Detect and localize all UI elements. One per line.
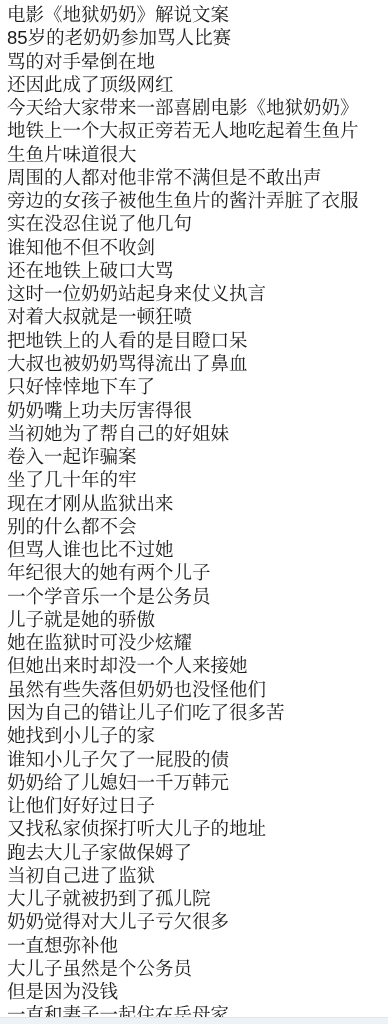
text-line: 但骂人谁也比不过她 (7, 538, 388, 561)
text-line: 谁知小儿子欠了一屁股的债 (7, 748, 388, 771)
text-line: 电影《地狱奶奶》解说文案 (7, 3, 388, 26)
text-line: 把地铁上的人看的是目瞪口呆 (7, 329, 388, 352)
text-line: 坐了几十年的牢 (7, 468, 388, 491)
text-line: 骂的对手晕倒在地 (7, 50, 388, 73)
text-line: 别的什么都不会 (7, 515, 388, 538)
text-line: 地铁上一个大叔正旁若无人地吃起着生鱼片 (7, 119, 388, 142)
text-line: 让他们好好过日子 (7, 794, 388, 817)
text-line: 年纪很大的她有两个儿子 (7, 561, 388, 584)
text-line: 奶奶觉得对大儿子亏欠很多 (7, 910, 388, 933)
text-line: 今天给大家带来一部喜剧电影《地狱奶奶》 (7, 96, 388, 119)
text-line: 实在没忍住说了他几句 (7, 212, 388, 235)
text-line: 奶奶嘴上功夫厉害得很 (7, 399, 388, 422)
text-line: 大儿子虽然是个公务员 (7, 957, 388, 980)
text-line: 还因此成了顶级网红 (7, 73, 388, 96)
text-line: 她在监狱时可没少炫耀 (7, 631, 388, 654)
text-line: 生鱼片味道很大 (7, 143, 388, 166)
text-line: 这时一位奶奶站起身来仗义执言 (7, 282, 388, 305)
text-line: 还在地铁上破口大骂 (7, 259, 388, 282)
text-line: 大儿子就被扔到了孤儿院 (7, 887, 388, 910)
text-line: 一个学音乐一个是公务员 (7, 585, 388, 608)
text-line: 周围的人都对他非常不满但是不敢出声 (7, 166, 388, 189)
bottom-window-edge-bar (0, 1017, 388, 1024)
text-line: 当初她为了帮自己的好姐妹 (7, 422, 388, 445)
text-line: 对着大叔就是一顿狂喷 (7, 305, 388, 328)
text-line: 她找到小儿子的家 (7, 724, 388, 747)
text-line: 虽然有些失落但奶奶也没怪他们 (7, 678, 388, 701)
text-line: 但是因为没钱 (7, 980, 388, 1003)
text-line: 大叔也被奶奶骂得流出了鼻血 (7, 352, 388, 375)
text-line: 85岁的老奶奶参加骂人比赛 (7, 26, 388, 49)
text-line: 但她出来时却没一个人来接她 (7, 654, 388, 677)
text-line: 一直想弥补他 (7, 934, 388, 957)
text-line: 奶奶给了儿媳妇一千万韩元 (7, 771, 388, 794)
text-line: 现在才刚从监狱出来 (7, 492, 388, 515)
text-line: 又找私家侦探打听大儿子的地址 (7, 817, 388, 840)
text-line: 当初自己进了监狱 (7, 864, 388, 887)
transcript-text-block: 电影《地狱奶奶》解说文案85岁的老奶奶参加骂人比赛骂的对手晕倒在地还因此成了顶级… (7, 3, 388, 1024)
text-line: 儿子就是她的骄傲 (7, 608, 388, 631)
text-line: 跑去大儿子家做保姆了 (7, 841, 388, 864)
text-line: 因为自己的错让儿子们吃了很多苦 (7, 701, 388, 724)
text-line: 卷入一起诈骗案 (7, 445, 388, 468)
text-line: 只好悻悻地下车了 (7, 375, 388, 398)
text-line: 旁边的女孩子被他生鱼片的酱汁弄脏了衣服 (7, 189, 388, 212)
text-line: 谁知他不但不收剑 (7, 236, 388, 259)
